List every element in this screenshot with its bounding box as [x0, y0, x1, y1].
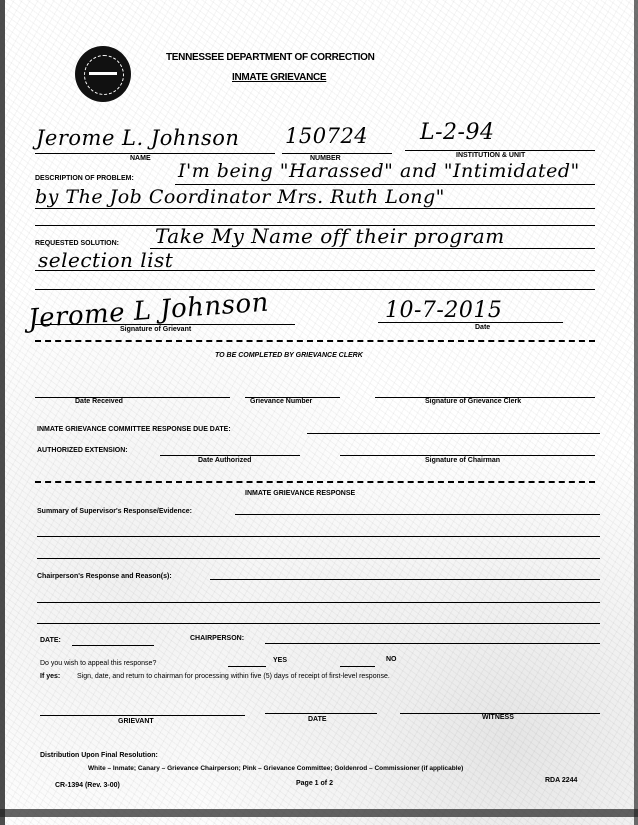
response-date-label: DATE:: [40, 637, 61, 644]
appeal-date-label: DATE: [308, 716, 327, 723]
distribution-label: Distribution Upon Final Resolution:: [40, 752, 158, 759]
authorized-extension-label: AUTHORIZED EXTENSION:: [37, 447, 128, 454]
description-label: DESCRIPTION OF PROBLEM:: [35, 175, 134, 182]
scan-edge-right: [634, 0, 638, 825]
requested-solution-line-2[interactable]: selection list: [38, 248, 173, 272]
agency-title: TENNESSEE DEPARTMENT OF CORRECTION: [166, 52, 375, 63]
clerk-signature-label: Signature of Grievance Clerk: [425, 398, 521, 405]
appeal-no-label: NO: [386, 656, 397, 663]
grievance-form-page: TENNESSEE DEPARTMENT OF CORRECTION INMAT…: [0, 0, 638, 825]
if-yes-instructions: Sign, date, and return to chairman for p…: [77, 673, 390, 680]
date-received-label: Date Received: [75, 398, 123, 405]
scan-edge-left: [0, 0, 5, 825]
grievance-number-label: Grievance Number: [250, 398, 312, 405]
requested-solution-label: REQUESTED SOLUTION:: [35, 240, 119, 247]
signature-date-value[interactable]: 10-7-2015: [385, 298, 502, 323]
institution-value[interactable]: L-2-94: [420, 120, 494, 145]
grievant-label: GRIEVANT: [118, 718, 154, 725]
name-label: NAME: [130, 155, 151, 162]
response-due-label: INMATE GRIEVANCE COMMITTEE RESPONSE DUE …: [37, 426, 231, 433]
witness-label: WITNESS: [482, 714, 514, 721]
requested-solution-line-1[interactable]: Take My Name off their program: [155, 224, 505, 248]
supervisor-response-label: Summary of Supervisor's Response/Evidenc…: [37, 508, 192, 515]
rda-number: RDA 2244: [545, 777, 577, 784]
signature-date-label: Date: [475, 324, 490, 331]
description-line-2[interactable]: by The Job Coordinator Mrs. Ruth Long": [35, 186, 445, 208]
chairman-signature-label: Signature of Chairman: [425, 457, 500, 464]
chairperson-response-label: Chairperson's Response and Reason(s):: [37, 573, 172, 580]
appeal-yes-label: YES: [273, 657, 287, 664]
appeal-yes-blank[interactable]: [228, 666, 266, 667]
state-seal-icon: [75, 46, 131, 102]
scan-edge-bottom: [0, 809, 638, 817]
number-value[interactable]: 150724: [285, 124, 368, 148]
name-value[interactable]: Jerome L. Johnson: [36, 126, 239, 150]
grievant-signature-label: Signature of Grievant: [120, 326, 191, 333]
description-line-1[interactable]: I'm being "Harassed" and "Intimidated": [178, 160, 580, 182]
clerk-section-heading: TO BE COMPLETED BY GRIEVANCE CLERK: [215, 352, 363, 359]
chairperson-signature-label: CHAIRPERSON:: [190, 635, 244, 642]
page-indicator: Page 1 of 2: [296, 780, 333, 787]
response-section-heading: INMATE GRIEVANCE RESPONSE: [245, 490, 355, 497]
form-number: CR-1394 (Rev. 3-00): [55, 782, 120, 789]
institution-label: INSTITUTION & UNIT: [456, 152, 525, 159]
appeal-question: Do you wish to appeal this response?: [40, 660, 156, 667]
form-title: INMATE GRIEVANCE: [232, 72, 326, 83]
date-authorized-label: Date Authorized: [198, 457, 251, 464]
distribution-text: White – Inmate; Canary – Grievance Chair…: [88, 765, 463, 772]
appeal-no-blank[interactable]: [340, 666, 375, 667]
if-yes-label: If yes:: [40, 673, 60, 680]
